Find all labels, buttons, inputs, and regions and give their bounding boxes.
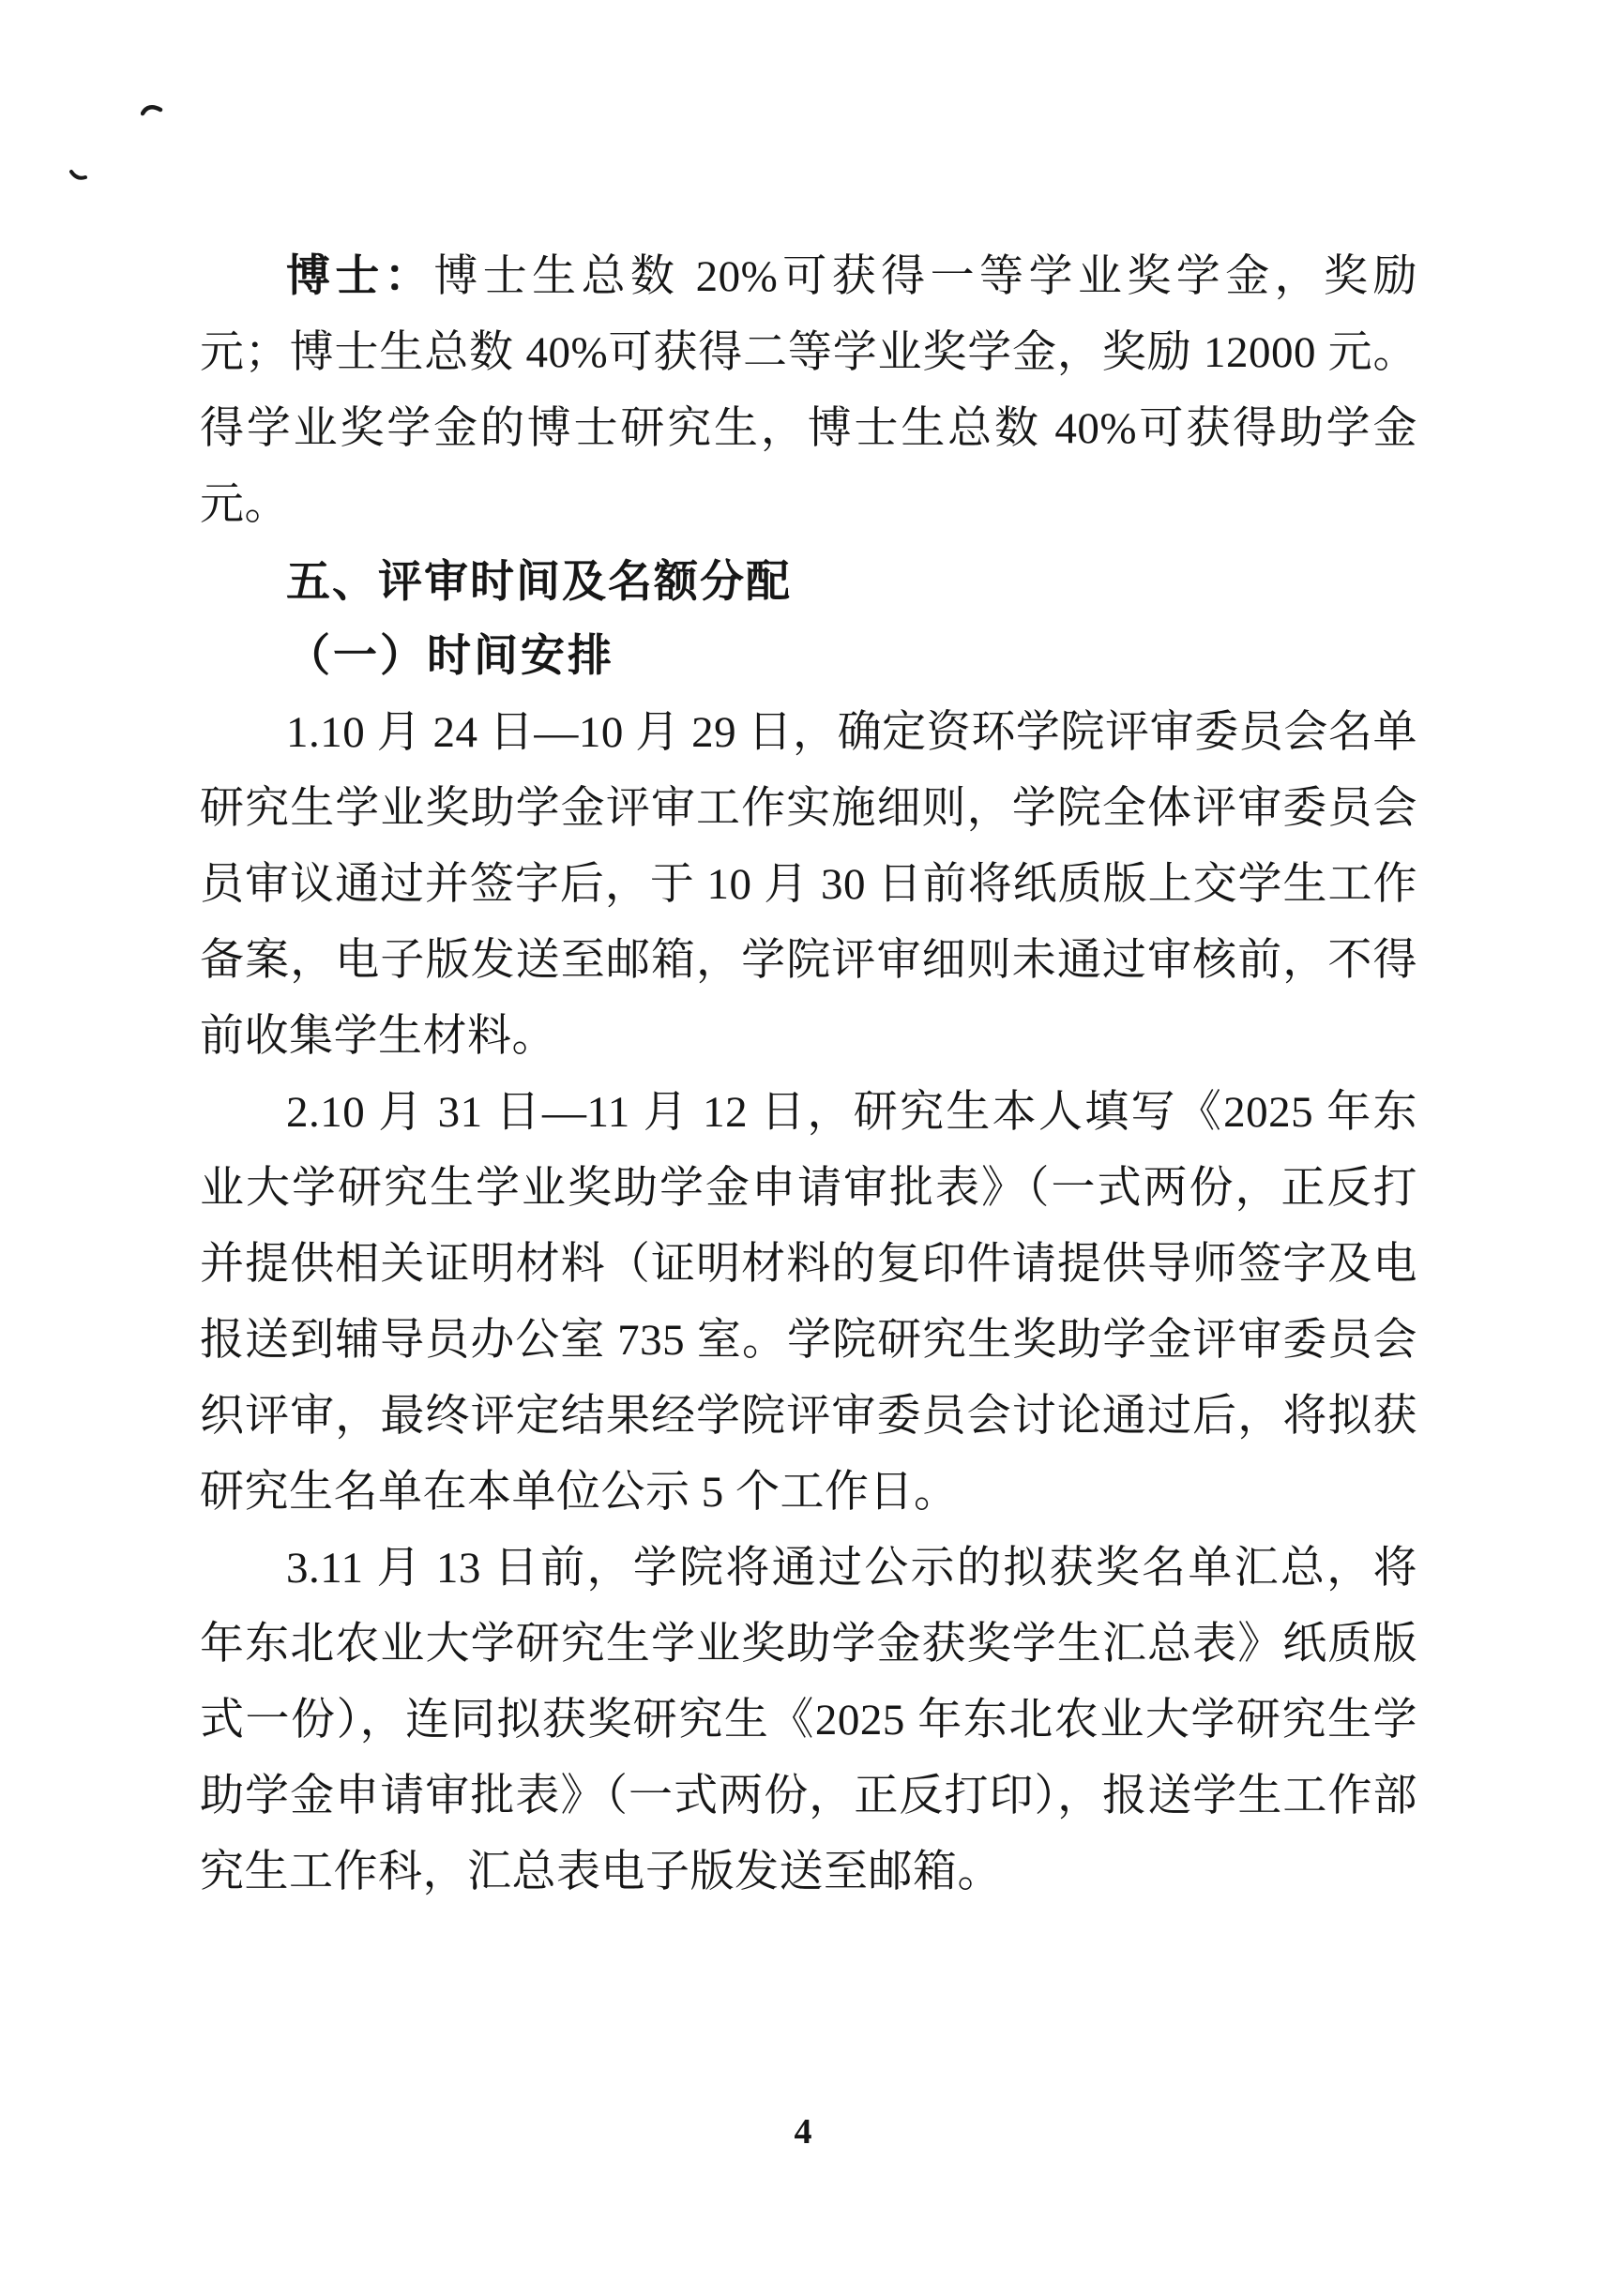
item3-line2: 年东北农业大学研究生学业奖助学金获奖学生汇总表》纸质版（一 — [200, 1607, 1417, 1683]
item3-line4: 助学金申请审批表》（一式两份，正反打印），报送学生工作部研 — [200, 1759, 1417, 1835]
item2-line6: 研究生名单在本单位公示 5 个工作日。 — [200, 1455, 1417, 1531]
item3-line1: 3.11 月 13 日前，学院将通过公示的拟获奖名单汇总，将《2025 — [200, 1531, 1417, 1607]
subsection-heading: （一）时间安排 — [200, 619, 1417, 695]
paragraph-boshi-line3: 得学业奖学金的博士研究生，博士生总数 40%可获得助学金 5000 — [200, 391, 1417, 467]
page-number: 4 — [0, 2112, 1606, 2152]
document-text: 博士：博士生总数 20%可获得一等学业奖学金，奖励 12000 元；博士生总数 … — [200, 239, 1417, 1911]
item1-line4: 备案，电子版发送至邮箱，学院评审细则未通过审核前，不得提 — [200, 923, 1417, 999]
scanned-document-page: 博士：博士生总数 20%可获得一等学业奖学金，奖励 12000 元；博士生总数 … — [0, 0, 1606, 2296]
item2-line2: 业大学研究生学业奖助学金申请审批表》（一式两份，正反打印）， — [200, 1151, 1417, 1227]
item2-line1: 2.10 月 31 日—11 月 12 日，研究生本人填写《2025 年东北农 — [200, 1075, 1417, 1151]
ink-speck — [141, 101, 163, 120]
boshi-label: 博士： — [286, 252, 433, 301]
item3-line5: 究生工作科，汇总表电子版发送至邮箱。 — [200, 1835, 1417, 1911]
item1-line5: 前收集学生材料。 — [200, 999, 1417, 1075]
paragraph-boshi-line4: 元。 — [200, 467, 1417, 543]
item2-line4: 报送到辅导员办公室 735 室。学院研究生奖助学金评审委员会组 — [200, 1303, 1417, 1379]
item1-line1: 1.10 月 24 日—10 月 29 日，确定资环学院评审委员会名单和 — [200, 695, 1417, 771]
paragraph-boshi-line1-text: 博士生总数 20%可获得一等学业奖学金，奖励 12000 — [286, 252, 1417, 315]
item2-line5: 织评审，最终评定结果经学院评审委员会讨论通过后，将拟获奖 — [200, 1379, 1417, 1455]
item2-line3: 并提供相关证明材料（证明材料的复印件请提供导师签字及电话）， — [200, 1227, 1417, 1303]
ink-speck — [69, 168, 88, 183]
item1-line2: 研究生学业奖助学金评审工作实施细则，学院全体评审委员会成 — [200, 771, 1417, 847]
item3-line3: 式一份），连同拟获奖研究生《2025 年东北农业大学研究生学业奖 — [200, 1683, 1417, 1759]
section-heading: 五、评审时间及名额分配 — [200, 543, 1417, 619]
item1-line3: 员审议通过并签字后，于 10 月 30 日前将纸质版上交学生工作部 — [200, 847, 1417, 923]
paragraph-boshi-line2: 元；博士生总数 40%可获得二等学业奖学金，奖励 12000 元。未获 — [200, 315, 1417, 391]
paragraph-boshi-line1: 博士：博士生总数 20%可获得一等学业奖学金，奖励 12000 — [200, 239, 1417, 315]
